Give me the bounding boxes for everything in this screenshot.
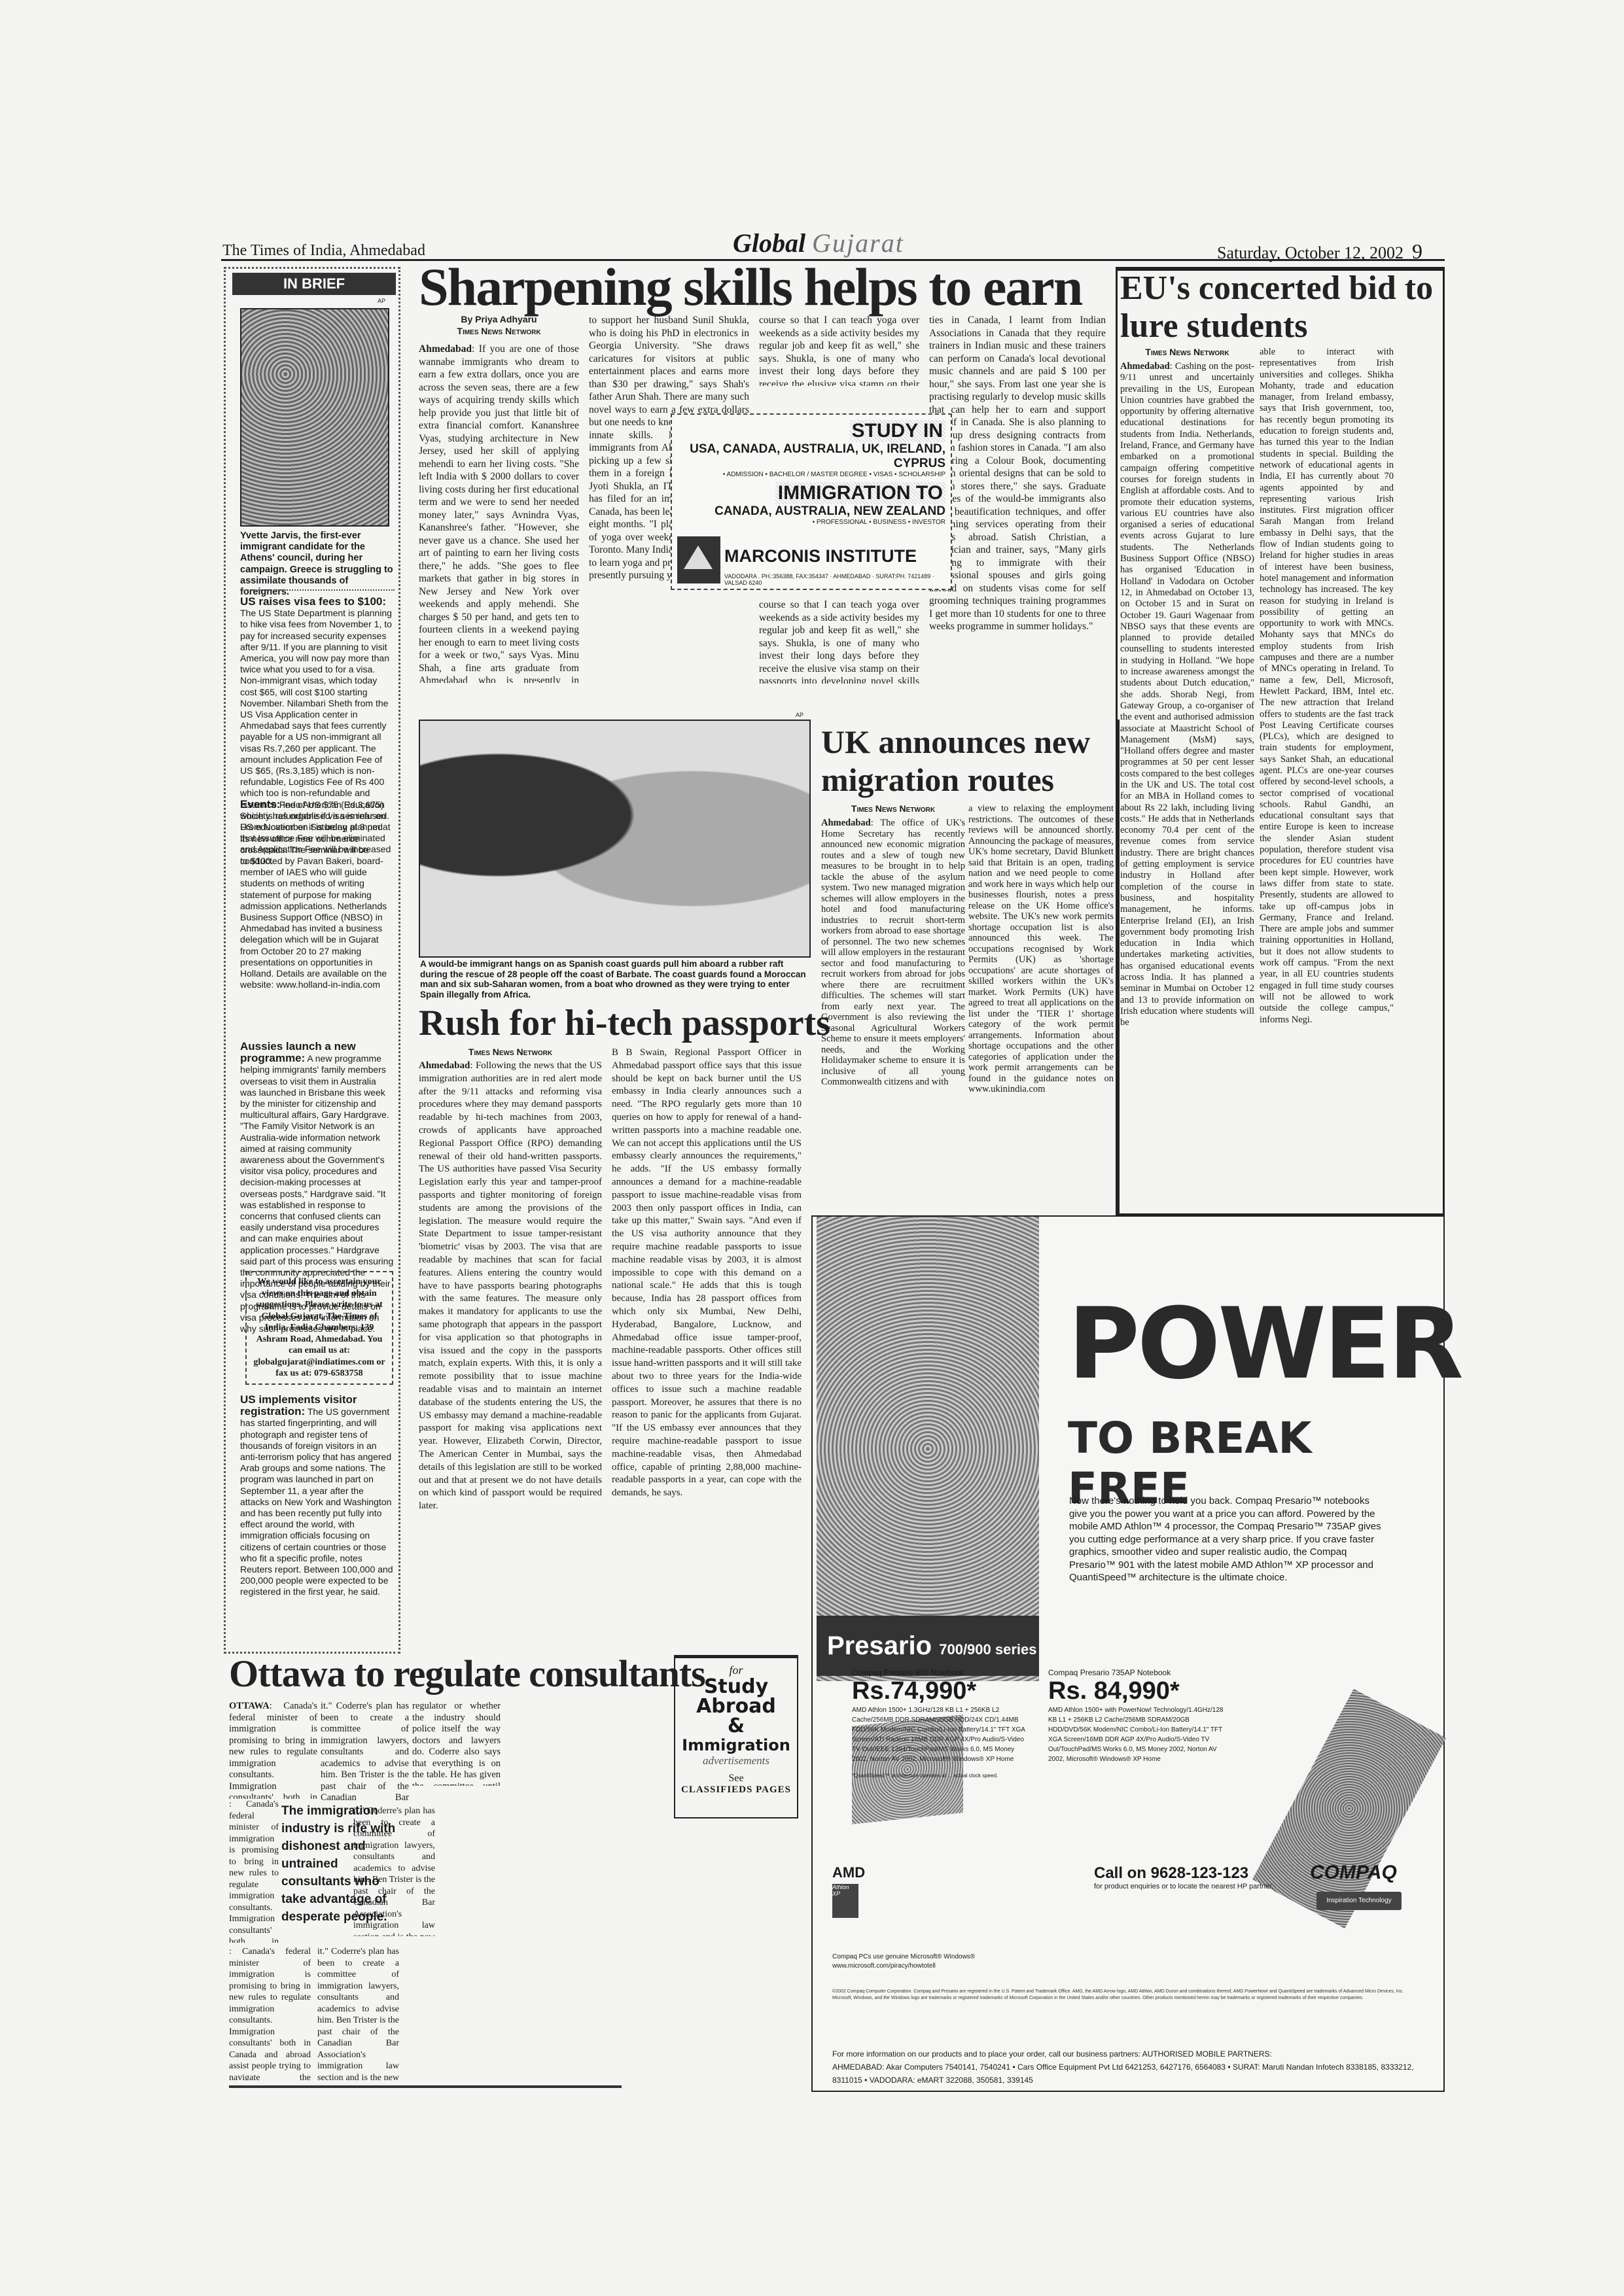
compaq-presario-ad: Presario 700/900 series POWER TO BREAK F… [811,1215,1445,2092]
in-brief-header: IN BRIEF [232,273,396,295]
ad-immigration-types: • PROFESSIONAL • BUSINESS • INVESTOR [677,519,945,526]
presario-series-band: Presario 700/900 series [817,1616,1039,1676]
photo-credit: AP [378,298,385,304]
ad-body-copy: Now there's nothing to hold you back. Co… [1069,1495,1390,1584]
headline-passports: Rush for hi-tech passports [419,1002,830,1044]
article-passports-col2: B B Swain, Regional Passport Officer in … [612,1047,802,1635]
brief-title: Events: [240,798,280,810]
classifieds-see: See [675,1773,797,1784]
ad-headline-power: POWER [1068,1295,1461,1393]
partners-list: AHMEDABAD: Akar Computers 7540141, 75402… [832,2061,1428,2087]
article-ottawa-col3: regulator or whether the industry should… [412,1701,501,1786]
bottom-rule [229,2085,622,2088]
raft-photo-caption: A would-be immigrant hangs on as Spanish… [420,959,809,1000]
article-ottawa-col2: it." Coderre's plan has been to create a… [321,1701,409,1805]
product-specs: AMD Athlon 1500+ 1.3GHz/128 KB L1 + 256K… [852,1705,1029,1764]
series-models: 700/900 series [939,1641,1036,1658]
product-735ap: Compaq Presario 735AP Notebook Rs. 84,99… [1048,1668,1225,1764]
article-eu-col1: Ahmedabad: Cashing on the post-9/11 unre… [1120,361,1254,1211]
dateline: Ahmedabad [1120,361,1170,372]
classifieds-study-abroad: Study Abroad [675,1677,797,1716]
ms-line: Compaq PCs use genuine Microsoft® Window… [832,1953,975,1962]
compaq-logo: COMPAQ [1310,1862,1397,1884]
amd-logo: AMD [832,1864,865,1881]
article-ottawa-col1-end: : Canada's federal minister of immigrati… [229,1946,311,2080]
article-uk-col2: a view to relaxing the employment restri… [968,803,1114,1212]
brief-title: US raises visa fees to $100: [240,595,386,608]
byline-agency: Times News Network [419,326,579,336]
article-sharpening-col3a: course so that I can teach yoga over wee… [759,314,919,386]
presario-lifestyle-photo [817,1217,1039,1681]
photo-caption: Yvette Jarvis, the first-ever immigrant … [240,531,395,598]
article-text: : If you are one of those wannabe immigr… [419,343,579,683]
article-text: : The office of UK's Home Secretary has … [821,818,965,1087]
article-passports-col1: Ahmedabad: Following the news that the U… [419,1060,602,1635]
section-title-gujarat: Gujarat [812,228,904,258]
article-sharpening-col3b: course so that I can teach yoga over wee… [759,599,919,684]
brief-body: The US government has started fingerprin… [240,1406,393,1597]
byline-agency: Times News Network [419,1047,602,1057]
product-name: Compaq Presario 735AP Notebook [1048,1668,1225,1677]
headline-sharpening: Sharpening skills helps to earn [419,256,1082,318]
athlon-xp-logo-icon: Athlon XP [832,1884,858,1918]
classifieds-pages: CLASSIFIEDS PAGES [675,1784,797,1796]
dateline: Ahmedabad [419,343,472,355]
in-brief-sidebar: IN BRIEF AP Yvette Jarvis, the first-eve… [224,267,400,1654]
call-number: Call on 9628-123-123for product enquirie… [1094,1864,1273,1890]
classifieds-advertisements: advertisements [675,1754,797,1767]
product-specs: AMD Athlon 1500+ with PowerNow! Technolo… [1048,1705,1225,1764]
ad-immigration-to: IMMIGRATION TO [775,482,945,504]
feedback-box: We would like to ascertain your views on… [245,1271,393,1385]
article-sharpening-col1: Ahmedabad: If you are one of those wanna… [419,343,579,683]
article-uk-col1: Ahmedabad: The office of UK's Home Secre… [821,818,965,1210]
series-label: Presario [827,1631,932,1660]
article-eu-col2: able to interact with representatives fr… [1260,347,1394,1210]
marconis-logo-icon [677,536,720,583]
ms-url: www.microsoft.com/piracy/howtotell [832,1962,975,1971]
legal-fine-print: ©2002 Compaq Computer Corporation. Compa… [832,1989,1421,2002]
call-label: Call on 9628-123-123 [1094,1864,1248,1882]
article-text: : Following the news that the US immigra… [419,1060,602,1511]
product-footnote: *QuantiSpeed™ architecture operates at .… [852,1771,1029,1781]
ad-address: VADODARA . PH.:356388, FAX:354347 · AHME… [724,573,951,586]
article-text: : Canada's federal minister of immigrati… [229,1701,317,1799]
dateline: Ahmedabad [821,818,871,828]
publication-name: The Times of India, Ahmedabad [222,242,425,260]
brief-item-visitor-registration: US implements visitor registration: The … [240,1394,395,1598]
section-title: Global Gujarat [733,228,904,258]
product-901: Compaq Presario 901 Notebook Rs.74,990* … [852,1668,1029,1781]
pull-quote: The immigration industry is rife with di… [281,1802,396,1926]
article-text: : Cashing on the post-9/11 unrest and un… [1120,361,1254,1028]
dateline: OTTAWA [229,1701,270,1711]
yvette-jarvis-photo [240,308,389,527]
section-title-global: Global [733,228,805,258]
ad-study-countries: USA, CANADA, AUSTRALIA, UK, IRELAND, CYP… [677,442,945,471]
dateline: Ahmedabad [419,1060,470,1071]
article-ottawa-col1-cont: : Canada's federal minister of immigrati… [229,1799,279,1943]
classifieds-amp: & [675,1716,797,1736]
ad-immigration-countries: CANADA, AUSTRALIA, NEW ZEALAND [677,504,945,519]
ad-study-in: STUDY IN [849,420,945,442]
brief-item-events: Events: Indo American Education Society … [240,799,395,990]
partners-intro: For more information on our products and… [832,2047,1428,2061]
headline-ottawa: Ottawa to regulate consultants [229,1652,705,1696]
ad-institute-name: MARCONIS INSTITUTE [724,546,917,566]
article-ottawa-col1: OTTAWA: Canada's federal minister of imm… [229,1701,317,1799]
byline-author: By Priya Adhyaru [419,314,579,324]
headline-uk: UK announces new migration routes [821,723,1109,799]
classifieds-pointer-box: for Study Abroad & Immigration advertise… [674,1655,798,1818]
raft-photo-credit: AP [796,712,803,718]
brief-body: Indo American Education Society has orga… [240,799,391,990]
rescue-raft-photo [419,720,811,958]
business-partners: For more information on our products and… [832,2047,1428,2087]
classifieds-immigration: Immigration [675,1736,797,1754]
product-name: Compaq Presario 901 Notebook [852,1668,1029,1677]
ad-study-services: • ADMISSION • BACHELOR / MASTER DEGREE •… [677,471,945,478]
call-sub: for product enquiries or to locate the n… [1094,1883,1273,1890]
byline-agency: Times News Network [821,803,965,814]
product-price: Rs. 84,990* [1048,1677,1225,1705]
microsoft-notice: Compaq PCs use genuine Microsoft® Window… [832,1953,975,1971]
byline-agency: Times News Network [1120,347,1254,357]
product-price: Rs.74,990* [852,1677,1029,1705]
article-ottawa-col2-end: it." Coderre's plan has been to create a… [317,1946,399,2080]
headline-eu: EU's concerted bid to lure students [1120,270,1441,345]
article-sharpening-col4: ties in Canada, I learnt from Indian Ass… [929,314,1106,680]
marconis-institute-ad: STUDY IN USA, CANADA, AUSTRALIA, UK, IRE… [671,413,952,590]
compaq-tagline: Inspiration Technology [1316,1892,1402,1910]
